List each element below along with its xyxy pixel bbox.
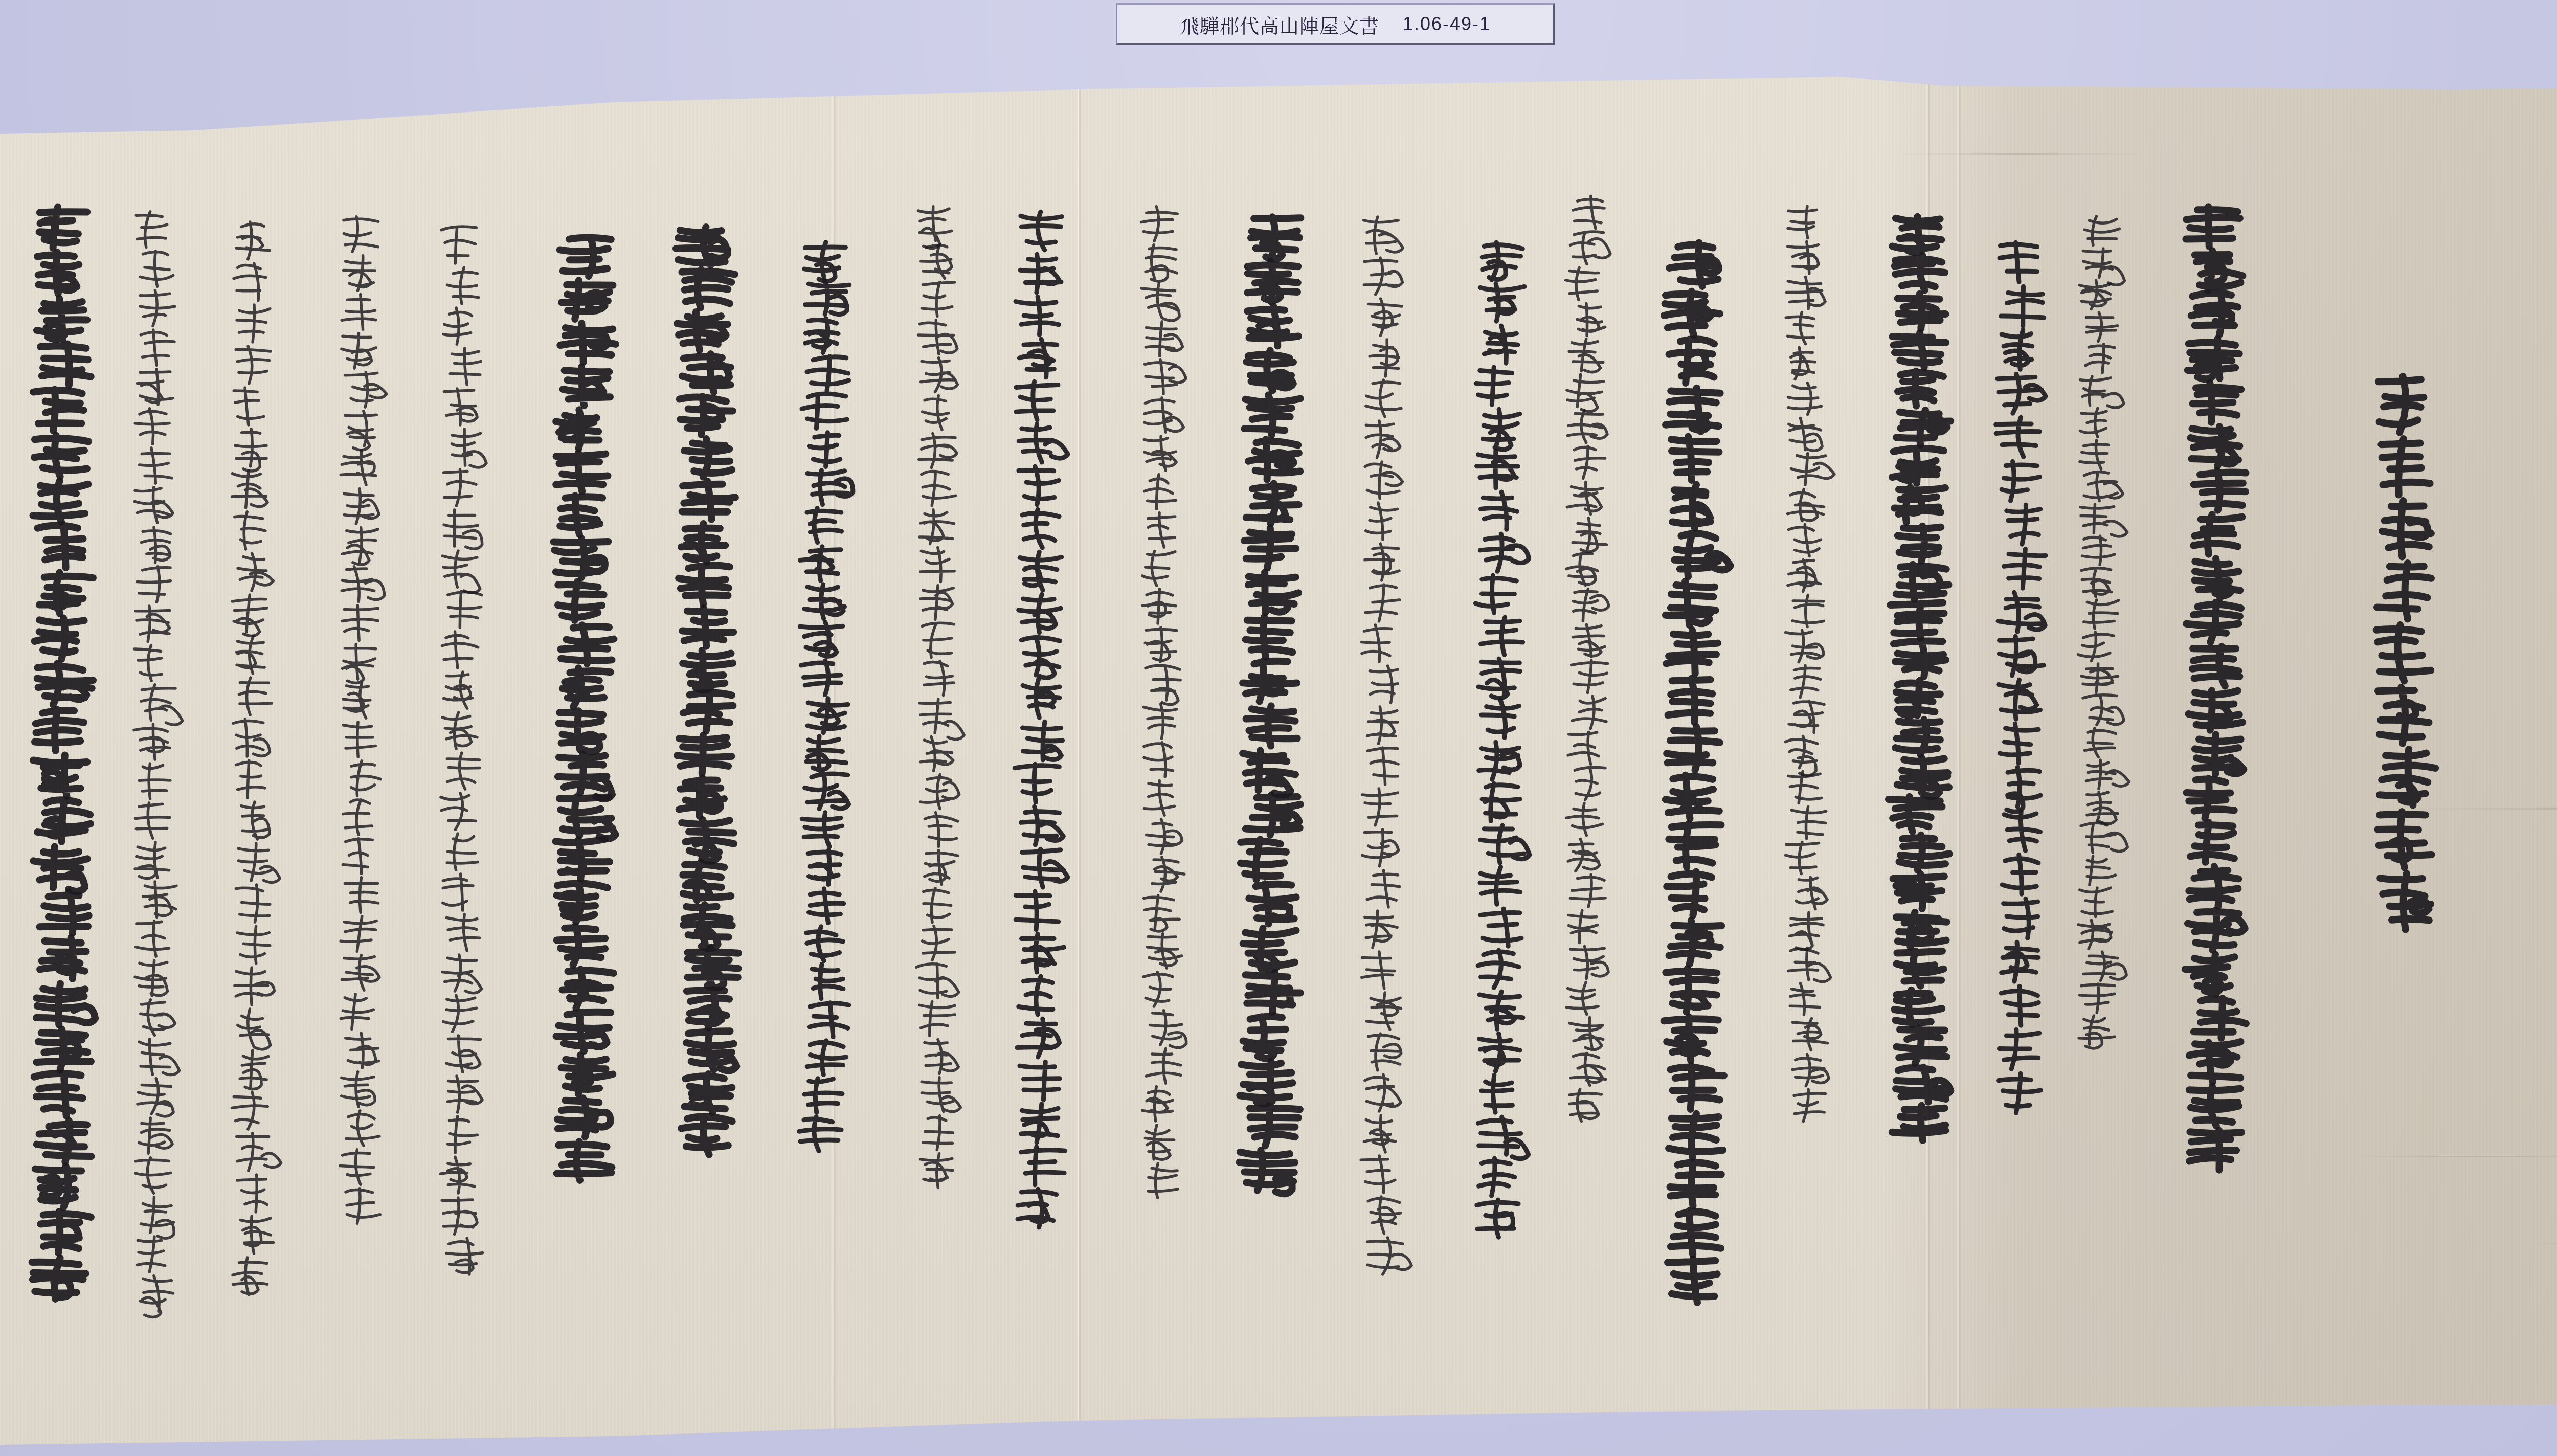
brush-glyph bbox=[1881, 601, 1948, 640]
brush-glyph bbox=[1658, 579, 1724, 628]
brush-glyph bbox=[1663, 531, 1729, 579]
brush-glyph bbox=[1888, 1026, 1954, 1065]
brush-glyph bbox=[793, 1115, 847, 1153]
brush-glyph bbox=[334, 1148, 378, 1186]
brush-glyph bbox=[1362, 664, 1405, 705]
brush-glyph bbox=[229, 427, 273, 468]
brush-glyph bbox=[795, 811, 848, 848]
brush-glyph bbox=[670, 733, 736, 776]
brush-glyph bbox=[436, 1196, 479, 1236]
brush-glyph bbox=[2370, 373, 2437, 436]
brush-glyph bbox=[1014, 635, 1068, 677]
brush-glyph bbox=[1238, 882, 1304, 926]
brush-glyph bbox=[547, 1096, 614, 1139]
text-column-14 bbox=[797, 240, 850, 1153]
brush-glyph bbox=[436, 993, 480, 1034]
brush-glyph bbox=[134, 249, 178, 288]
brush-glyph bbox=[1137, 511, 1181, 549]
brush-glyph bbox=[440, 912, 484, 953]
brush-glyph bbox=[340, 370, 384, 409]
brush-glyph bbox=[226, 593, 269, 634]
brush-glyph bbox=[1138, 741, 1182, 779]
brush-glyph bbox=[2077, 662, 2120, 695]
brush-glyph bbox=[2178, 952, 2244, 996]
brush-glyph bbox=[1782, 946, 1826, 981]
brush-glyph bbox=[669, 903, 736, 945]
brush-glyph bbox=[1782, 981, 1825, 1017]
brush-glyph bbox=[2180, 380, 2247, 424]
brush-glyph bbox=[1356, 623, 1400, 664]
brush-glyph bbox=[1470, 781, 1524, 823]
brush-glyph bbox=[672, 267, 738, 310]
brush-glyph bbox=[916, 621, 959, 659]
brush-glyph bbox=[1362, 1236, 1405, 1276]
brush-glyph bbox=[1661, 918, 1727, 967]
brush-glyph bbox=[2077, 471, 2120, 503]
brush-glyph bbox=[334, 992, 377, 1031]
brush-glyph bbox=[1990, 1071, 2044, 1115]
brush-glyph bbox=[2179, 1084, 2246, 1128]
brush-glyph bbox=[231, 303, 275, 344]
paper-crease bbox=[2531, 1243, 2557, 1244]
brush-glyph bbox=[231, 883, 275, 924]
brush-glyph bbox=[130, 1037, 173, 1077]
brush-glyph bbox=[1995, 547, 2049, 591]
brush-glyph bbox=[1566, 659, 1610, 695]
brush-glyph bbox=[1361, 991, 1404, 1032]
brush-glyph bbox=[1887, 640, 1953, 679]
brush-glyph bbox=[1563, 945, 1607, 980]
brush-glyph bbox=[1661, 240, 1728, 289]
brush-glyph bbox=[793, 620, 847, 658]
brush-glyph bbox=[136, 328, 179, 367]
brush-glyph bbox=[1566, 516, 1610, 552]
brush-glyph bbox=[1994, 284, 2048, 328]
brush-glyph bbox=[671, 691, 737, 733]
brush-glyph bbox=[1233, 926, 1300, 971]
brush-glyph bbox=[1360, 1032, 1404, 1072]
brush-glyph bbox=[1014, 720, 1068, 762]
brush-glyph bbox=[2372, 870, 2439, 933]
brush-glyph bbox=[129, 722, 173, 761]
brush-glyph bbox=[1659, 1208, 1726, 1257]
brush-glyph bbox=[136, 880, 179, 919]
brush-glyph bbox=[30, 890, 97, 935]
brush-glyph bbox=[669, 776, 736, 818]
brush-glyph bbox=[233, 841, 276, 883]
brush-glyph bbox=[30, 1209, 96, 1255]
brush-glyph bbox=[1563, 730, 1606, 766]
brush-glyph bbox=[1885, 369, 1951, 408]
brush-glyph bbox=[1883, 446, 1950, 485]
brush-glyph bbox=[1009, 507, 1063, 550]
brush-glyph bbox=[1886, 718, 1952, 756]
brush-glyph bbox=[2183, 293, 2249, 337]
brush-glyph bbox=[673, 352, 739, 394]
sheet-seam bbox=[1076, 0, 1082, 1456]
brush-glyph bbox=[800, 962, 854, 1000]
brush-glyph bbox=[1470, 657, 1523, 698]
brush-glyph bbox=[131, 604, 174, 643]
brush-glyph bbox=[2072, 279, 2115, 311]
brush-glyph bbox=[1361, 338, 1405, 378]
brush-glyph bbox=[1012, 464, 1066, 507]
brush-glyph bbox=[2181, 864, 2248, 908]
brush-glyph bbox=[914, 394, 957, 432]
brush-glyph bbox=[337, 331, 380, 370]
brush-glyph bbox=[911, 962, 955, 1000]
brush-glyph bbox=[1473, 698, 1527, 740]
brush-glyph bbox=[1781, 240, 1825, 275]
brush-glyph bbox=[1883, 679, 1950, 718]
brush-glyph bbox=[129, 643, 173, 683]
text-column-6 bbox=[1659, 240, 1726, 1305]
brush-glyph bbox=[1562, 337, 1606, 373]
brush-glyph bbox=[2076, 311, 2120, 343]
brush-glyph bbox=[797, 848, 850, 886]
brush-glyph bbox=[1238, 259, 1304, 304]
brush-glyph bbox=[795, 506, 848, 544]
brush-glyph bbox=[917, 811, 960, 848]
brush-glyph bbox=[230, 344, 274, 386]
brush-glyph bbox=[547, 536, 613, 579]
brush-glyph bbox=[227, 468, 270, 510]
brush-glyph bbox=[2371, 809, 2437, 871]
brush-glyph bbox=[1474, 324, 1528, 365]
brush-glyph bbox=[2370, 560, 2436, 622]
brush-glyph bbox=[2074, 1014, 2117, 1046]
text-column-13 bbox=[914, 205, 958, 1190]
brush-glyph bbox=[914, 508, 957, 546]
brush-glyph bbox=[2184, 424, 2250, 468]
brush-glyph bbox=[1137, 473, 1181, 511]
brush-glyph bbox=[1014, 932, 1067, 974]
brush-glyph bbox=[1990, 415, 2044, 459]
brush-glyph bbox=[1786, 876, 1830, 911]
brush-glyph bbox=[1567, 194, 1610, 230]
brush-glyph bbox=[1562, 837, 1605, 873]
brush-glyph bbox=[232, 676, 276, 717]
brush-glyph bbox=[1360, 583, 1404, 623]
brush-glyph bbox=[914, 432, 958, 469]
brush-glyph bbox=[339, 254, 383, 293]
brush-glyph bbox=[1359, 460, 1402, 501]
brush-glyph bbox=[2075, 407, 2119, 439]
brush-glyph bbox=[129, 919, 173, 958]
brush-glyph bbox=[228, 634, 271, 676]
brush-glyph bbox=[1471, 1115, 1524, 1156]
brush-glyph bbox=[1661, 1063, 1728, 1112]
brush-glyph bbox=[32, 935, 98, 981]
brush-glyph bbox=[437, 630, 480, 670]
brush-glyph bbox=[1472, 532, 1526, 573]
brush-glyph bbox=[130, 761, 174, 801]
brush-glyph bbox=[1781, 310, 1825, 346]
brush-glyph bbox=[1885, 1104, 1952, 1143]
brush-glyph bbox=[129, 801, 173, 840]
brush-glyph bbox=[1993, 240, 2047, 284]
brush-glyph bbox=[914, 242, 958, 280]
brush-glyph bbox=[1136, 205, 1180, 243]
brush-glyph bbox=[1357, 950, 1401, 991]
brush-glyph bbox=[1235, 526, 1301, 570]
brush-glyph bbox=[441, 589, 484, 630]
brush-glyph bbox=[2075, 855, 2118, 887]
brush-glyph bbox=[550, 278, 617, 321]
brush-glyph bbox=[439, 427, 483, 467]
brush-glyph bbox=[796, 734, 849, 772]
brush-glyph bbox=[1995, 897, 2049, 940]
brush-glyph bbox=[2077, 950, 2121, 982]
brush-glyph bbox=[2182, 556, 2248, 600]
brush-glyph bbox=[337, 603, 380, 642]
title-column bbox=[2370, 373, 2437, 933]
brush-glyph bbox=[549, 709, 616, 752]
brush-glyph bbox=[1783, 205, 1827, 240]
brush-glyph bbox=[130, 1156, 174, 1195]
brush-glyph bbox=[1360, 542, 1404, 583]
brush-glyph bbox=[2074, 503, 2117, 535]
brush-glyph bbox=[1657, 482, 1724, 531]
brush-glyph bbox=[1661, 1111, 1727, 1160]
brush-glyph bbox=[1659, 724, 1725, 773]
brush-glyph bbox=[439, 387, 483, 427]
brush-glyph bbox=[132, 565, 175, 604]
brush-glyph bbox=[232, 924, 275, 966]
brush-glyph bbox=[340, 1186, 383, 1225]
brush-glyph bbox=[799, 278, 853, 316]
brush-glyph bbox=[1474, 282, 1528, 323]
brush-glyph bbox=[553, 623, 620, 666]
brush-glyph bbox=[30, 524, 96, 570]
brush-glyph bbox=[1469, 948, 1523, 990]
brush-glyph bbox=[230, 220, 273, 261]
brush-glyph bbox=[670, 522, 736, 564]
brush-glyph bbox=[914, 697, 958, 735]
brush-glyph bbox=[1239, 215, 1305, 259]
brush-glyph bbox=[1657, 289, 1724, 338]
brush-glyph bbox=[437, 1074, 481, 1114]
brush-glyph bbox=[442, 346, 486, 387]
text-column-1 bbox=[2181, 205, 2248, 1172]
brush-glyph bbox=[1562, 230, 1606, 266]
brush-glyph bbox=[1008, 762, 1062, 804]
brush-glyph bbox=[441, 1034, 484, 1074]
brush-glyph bbox=[1470, 449, 1524, 490]
brush-glyph bbox=[2181, 337, 2247, 380]
brush-glyph bbox=[1138, 625, 1182, 664]
brush-glyph bbox=[229, 261, 272, 303]
brush-glyph bbox=[1236, 304, 1302, 348]
brush-glyph bbox=[676, 945, 743, 988]
brush-glyph bbox=[1886, 756, 1953, 795]
brush-glyph bbox=[2076, 822, 2119, 855]
brush-glyph bbox=[1233, 348, 1300, 393]
brush-glyph bbox=[336, 914, 379, 953]
brush-glyph bbox=[1008, 422, 1062, 464]
brush-glyph bbox=[1011, 1017, 1065, 1059]
brush-glyph bbox=[30, 1027, 96, 1072]
paper-crease bbox=[2352, 1156, 2557, 1157]
brush-glyph bbox=[1236, 659, 1302, 704]
brush-glyph bbox=[547, 451, 613, 494]
brush-glyph bbox=[1010, 379, 1063, 422]
brush-glyph bbox=[1474, 615, 1528, 657]
sheet-seam bbox=[1956, 0, 1961, 1456]
brush-glyph bbox=[548, 881, 614, 924]
brush-glyph bbox=[1786, 452, 1829, 487]
brush-glyph bbox=[1562, 409, 1606, 444]
brush-glyph bbox=[1237, 481, 1303, 526]
brush-glyph bbox=[226, 386, 269, 427]
brush-glyph bbox=[916, 584, 959, 621]
brush-glyph bbox=[2183, 468, 2250, 512]
brush-glyph bbox=[231, 800, 274, 841]
brush-glyph bbox=[1011, 1102, 1064, 1145]
text-column-10 bbox=[1235, 215, 1302, 1193]
brush-glyph bbox=[440, 832, 484, 872]
brush-glyph bbox=[232, 1131, 275, 1173]
brush-glyph bbox=[1138, 970, 1182, 1009]
brush-glyph bbox=[1359, 256, 1402, 297]
brush-glyph bbox=[1012, 804, 1065, 847]
brush-glyph bbox=[1781, 275, 1825, 310]
brush-glyph bbox=[794, 659, 847, 697]
brush-glyph bbox=[912, 205, 956, 242]
brush-glyph bbox=[25, 1256, 91, 1301]
text-column-9 bbox=[1359, 215, 1403, 1276]
brush-glyph bbox=[796, 240, 850, 278]
brush-glyph bbox=[1888, 408, 1954, 447]
text-column-19 bbox=[229, 220, 273, 1297]
brush-glyph bbox=[1139, 357, 1183, 396]
brush-glyph bbox=[1661, 1160, 1728, 1208]
brush-glyph bbox=[129, 1116, 173, 1155]
brush-glyph bbox=[1013, 252, 1067, 295]
brush-glyph bbox=[339, 215, 383, 254]
brush-glyph bbox=[913, 356, 957, 394]
brush-glyph bbox=[1014, 677, 1067, 720]
brush-glyph bbox=[1360, 705, 1404, 746]
brush-glyph bbox=[2181, 1128, 2248, 1172]
brush-glyph bbox=[1885, 292, 1951, 331]
brush-glyph bbox=[1992, 678, 2046, 722]
brush-glyph bbox=[227, 966, 270, 1007]
brush-glyph bbox=[2076, 758, 2120, 791]
brush-glyph bbox=[1233, 615, 1300, 659]
brush-glyph bbox=[1238, 393, 1304, 437]
brush-glyph bbox=[1360, 419, 1404, 460]
brush-glyph bbox=[550, 795, 616, 838]
brush-glyph bbox=[2078, 343, 2121, 375]
brush-glyph bbox=[2181, 1040, 2247, 1084]
brush-glyph bbox=[440, 751, 484, 791]
brush-glyph bbox=[1883, 254, 1950, 293]
brush-glyph bbox=[669, 1114, 736, 1157]
brush-glyph bbox=[1562, 373, 1606, 409]
brush-glyph bbox=[2182, 249, 2248, 293]
brush-glyph bbox=[1472, 865, 1526, 906]
brush-glyph bbox=[1238, 437, 1305, 482]
brush-glyph bbox=[1659, 821, 1726, 870]
brush-glyph bbox=[29, 1118, 96, 1164]
brush-glyph bbox=[2078, 247, 2121, 279]
text-column-11 bbox=[1139, 205, 1183, 1200]
brush-glyph bbox=[26, 844, 93, 890]
brush-glyph bbox=[548, 1010, 614, 1053]
brush-glyph bbox=[1656, 1015, 1723, 1063]
brush-glyph bbox=[1139, 893, 1182, 932]
brush-glyph bbox=[1008, 1187, 1062, 1229]
brush-glyph bbox=[1361, 746, 1404, 787]
brush-glyph bbox=[2178, 600, 2245, 644]
brush-glyph bbox=[1658, 386, 1724, 434]
brush-glyph bbox=[1141, 817, 1184, 856]
text-column-2 bbox=[2075, 215, 2119, 1046]
brush-glyph bbox=[1010, 592, 1064, 635]
text-column-18 bbox=[337, 215, 380, 1225]
brush-glyph bbox=[1014, 1060, 1068, 1102]
brush-glyph bbox=[1140, 1047, 1183, 1085]
brush-glyph bbox=[338, 798, 382, 837]
brush-glyph bbox=[1471, 740, 1525, 781]
brush-glyph bbox=[1239, 1104, 1305, 1148]
brush-glyph bbox=[1658, 628, 1725, 676]
brush-glyph bbox=[1469, 573, 1522, 615]
brush-glyph bbox=[546, 494, 613, 536]
brush-glyph bbox=[1783, 523, 1826, 558]
brush-glyph bbox=[795, 925, 849, 962]
brush-glyph bbox=[553, 321, 619, 364]
brush-glyph bbox=[1362, 297, 1406, 338]
brush-glyph bbox=[672, 818, 738, 860]
brush-glyph bbox=[1657, 773, 1723, 821]
brush-glyph bbox=[442, 265, 485, 306]
brush-glyph bbox=[1011, 974, 1064, 1017]
brush-glyph bbox=[1561, 551, 1604, 587]
brush-glyph bbox=[1887, 833, 1953, 872]
paper-crease bbox=[1892, 153, 2148, 155]
brush-glyph bbox=[2074, 534, 2118, 567]
brush-glyph bbox=[129, 485, 173, 525]
brush-glyph bbox=[1997, 853, 2050, 897]
brush-glyph bbox=[339, 1031, 382, 1070]
brush-glyph bbox=[799, 468, 853, 506]
brush-glyph bbox=[2182, 644, 2249, 688]
brush-glyph bbox=[29, 798, 96, 844]
brush-glyph bbox=[1358, 1113, 1402, 1154]
brush-glyph bbox=[340, 759, 383, 798]
brush-glyph bbox=[1993, 809, 2047, 853]
brush-glyph bbox=[1992, 722, 2046, 766]
brush-glyph bbox=[1885, 524, 1952, 563]
brush-glyph bbox=[1993, 634, 2047, 678]
brush-glyph bbox=[1359, 215, 1403, 256]
brush-glyph bbox=[2073, 886, 2117, 919]
brush-glyph bbox=[673, 479, 739, 522]
brush-glyph bbox=[1659, 966, 1725, 1015]
brush-glyph bbox=[2077, 791, 2121, 823]
brush-glyph bbox=[132, 446, 176, 485]
brush-glyph bbox=[133, 288, 177, 328]
brush-glyph bbox=[1564, 1016, 1608, 1051]
brush-glyph bbox=[1657, 869, 1723, 918]
brush-glyph bbox=[1563, 909, 1606, 945]
brush-glyph bbox=[2178, 908, 2245, 952]
brush-glyph bbox=[1472, 407, 1526, 449]
brush-glyph bbox=[1783, 911, 1826, 946]
brush-glyph bbox=[339, 409, 382, 448]
